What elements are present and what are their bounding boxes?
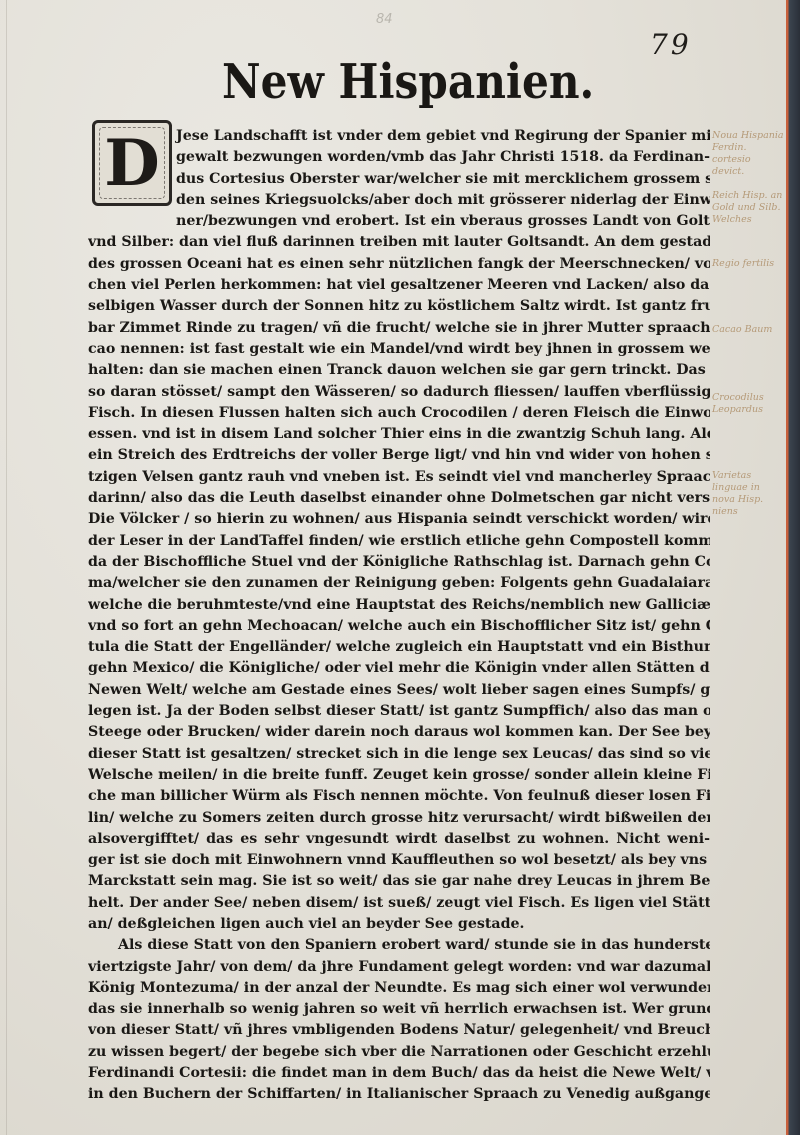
text-line: ger ist sie doch mit Einwohnern vnnd Kau… [88,850,710,871]
text-line: Steege oder Brucken/ wider darein noch d… [88,722,710,743]
margin-note: Regio fertilis [712,258,784,270]
page-title: New Hispanien. [222,58,594,106]
text-line: legen ist. Ja der Boden selbst dieser St… [88,701,710,722]
text-line: in den Buchern der Schiffarten/ in Itali… [88,1084,710,1105]
text-line: von dieser Statt/ vñ jhres vmbligenden B… [88,1020,710,1041]
text-line: da der Bischoffliche Stuel vnd der König… [88,552,710,573]
text-line: dus Cortesius Oberster war/welcher sie m… [88,169,710,190]
text-line: welche die beruhmteste/vnd eine Hauptsta… [88,595,710,616]
margin-note: Crocodilus Leopardus [712,392,784,416]
text-line: Welsche meilen/ in die breite funff. Zeu… [88,765,710,786]
text-line: Fisch. In diesen Flussen halten sich auc… [88,403,710,424]
body-text: Jese Landschafft ist vnder dem gebiet vn… [88,126,710,1106]
text-line: darinn/ also das die Leuth daselbst eina… [88,488,710,509]
text-line: vnd so fort an gehn Mechoacan/ welche au… [88,616,710,637]
text-line: Marckstatt sein mag. Sie ist so weit/ da… [88,871,710,892]
text-line: zu wissen begert/ der begebe sich vber d… [88,1042,710,1063]
text-line: chen viel Perlen herkommen: hat viel ges… [88,275,710,296]
text-line: essen. vnd ist in disem Land solcher Thi… [88,424,710,445]
text-line: selbigen Wasser durch der Sonnen hitz zu… [88,296,710,317]
text-line: König Montezuma/ in der anzal der Neundt… [88,978,710,999]
text-line: viertzigste Jahr/ von dem/ da jhre Funda… [88,957,710,978]
text-line: halten: dan sie machen einen Tranck dauo… [88,360,710,381]
margin-note: Reich Hisp. an Gold und Silb. Welches [712,190,784,226]
page-edge [786,0,800,1135]
text-line: gewalt bezwungen worden/vmb das Jahr Chr… [88,147,710,168]
text-line: bar Zimmet Rinde zu tragen/ vñ die fruch… [88,318,710,339]
text-line: Als diese Statt von den Spaniern erobert… [88,935,710,956]
text-line: den seines Kriegsuolcks/aber doch mit gr… [88,190,710,211]
text-line: tula die Statt der Engelländer/ welche z… [88,637,710,658]
text-line: das sie innerhalb so wenig jahren so wei… [88,999,710,1020]
text-line: Die Völcker / so hierin zu wohnen/ aus H… [88,509,710,530]
text-line: vnd Silber: dan viel fluß darinnen treib… [88,232,710,253]
text-line: alsovergifftet/ das es sehr vngesundt wi… [88,829,710,850]
text-line: des grossen Oceani hat es einen sehr nüt… [88,254,710,275]
page-number: 79 [650,28,692,61]
text-line: lin/ welche zu Somers zeiten durch gross… [88,808,710,829]
text-line: Ferdinandi Cortesii: die findet man in d… [88,1063,710,1084]
text-line: so daran stösset/ sampt den Wässeren/ so… [88,382,710,403]
text-line: che man billicher Würm als Fisch nennen … [88,786,710,807]
text-line: Newen Welt/ welche am Gestade eines Sees… [88,680,710,701]
text-line: tzigen Velsen gantz rauh vnd vneben ist.… [88,467,710,488]
margin-note: Cacao Baum [712,324,784,336]
text-line: cao nennen: ist fast gestalt wie ein Man… [88,339,710,360]
text-line: ma/welcher sie den zunamen der Reinigung… [88,573,710,594]
text-line: ein Streich des Erdtreichs der voller Be… [88,445,710,466]
text-line: ner/bezwungen vnd erobert. Ist ein vbera… [88,211,710,232]
text-line: gehn Mexico/ die Königliche/ oder viel m… [88,658,710,679]
text-line: Jese Landschafft ist vnder dem gebiet vn… [88,126,710,147]
text-line: dieser Statt ist gesaltzen/ strecket sic… [88,744,710,765]
paragraph-1: Jese Landschafft ist vnder dem gebiet vn… [88,126,710,935]
margin-note: Noua Hispania Ferdin. cortesio devict. [712,130,784,178]
margin-note: Varietas linguae in nova Hisp. niens [712,470,784,518]
text-line: helt. Der ander See/ neben disem/ ist su… [88,893,710,914]
text-line: an/ deßgleichen ligen auch viel an beyde… [88,914,710,935]
paragraph-2: Als diese Statt von den Spaniern erobert… [88,935,710,1105]
text-line: der Leser in der LandTaffel finden/ wie … [88,531,710,552]
document-page: 84 79 New Hispanien. D Jese Landschafft … [0,0,788,1135]
page-fold-line [6,0,7,1135]
pencil-folio-number: 84 [376,12,393,27]
